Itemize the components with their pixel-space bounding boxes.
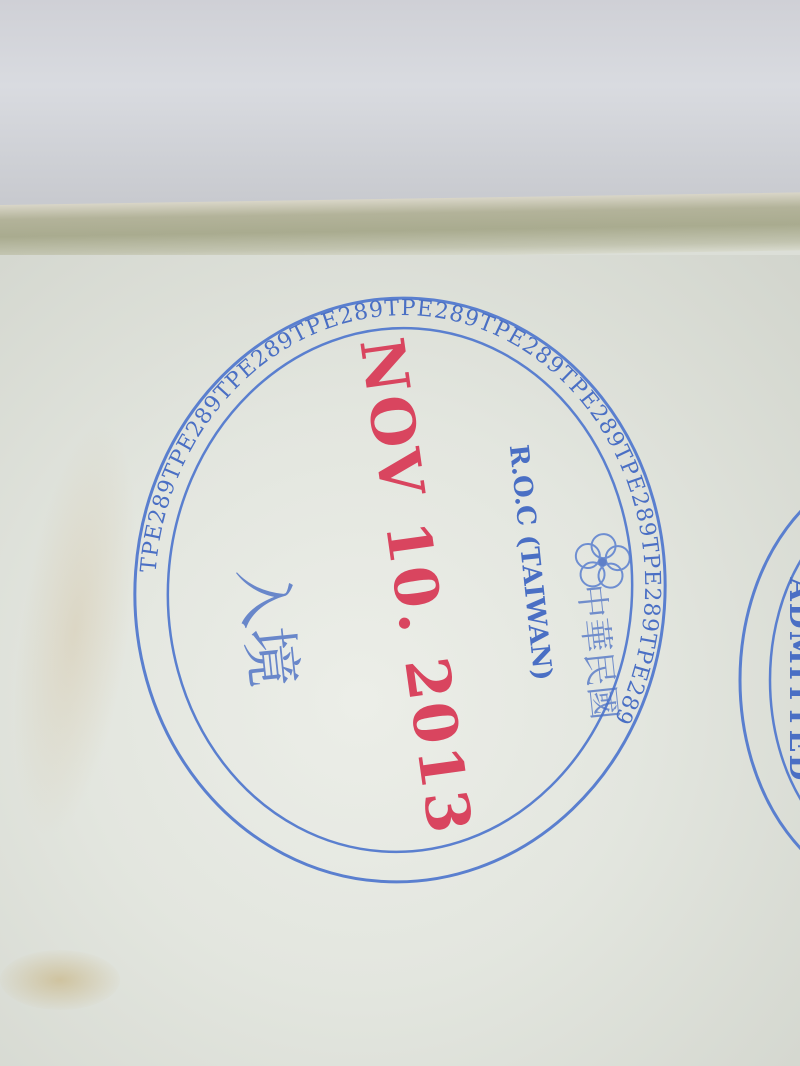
entry-stamp: TPE289TPE289TPE289TPE289TPE289TPE289TPE2… bbox=[115, 278, 685, 900]
stamp-chinese-left: 入境 bbox=[226, 564, 308, 691]
stamp-country: R.O.C (TAIWAN) bbox=[503, 443, 558, 682]
stamp-date: NOV 10. 2013 bbox=[345, 334, 484, 841]
stamps-layer: TPE289TPE289TPE289TPE289TPE289TPE289TPE2… bbox=[0, 0, 800, 1066]
stamp-chinese-right: 中華民國 bbox=[570, 582, 624, 721]
admitted-label: ADMITTED bbox=[782, 577, 800, 783]
admitted-stamp: TPE210TPE210 ADMITTED bbox=[740, 465, 800, 902]
plum-blossom-icon bbox=[574, 532, 632, 589]
